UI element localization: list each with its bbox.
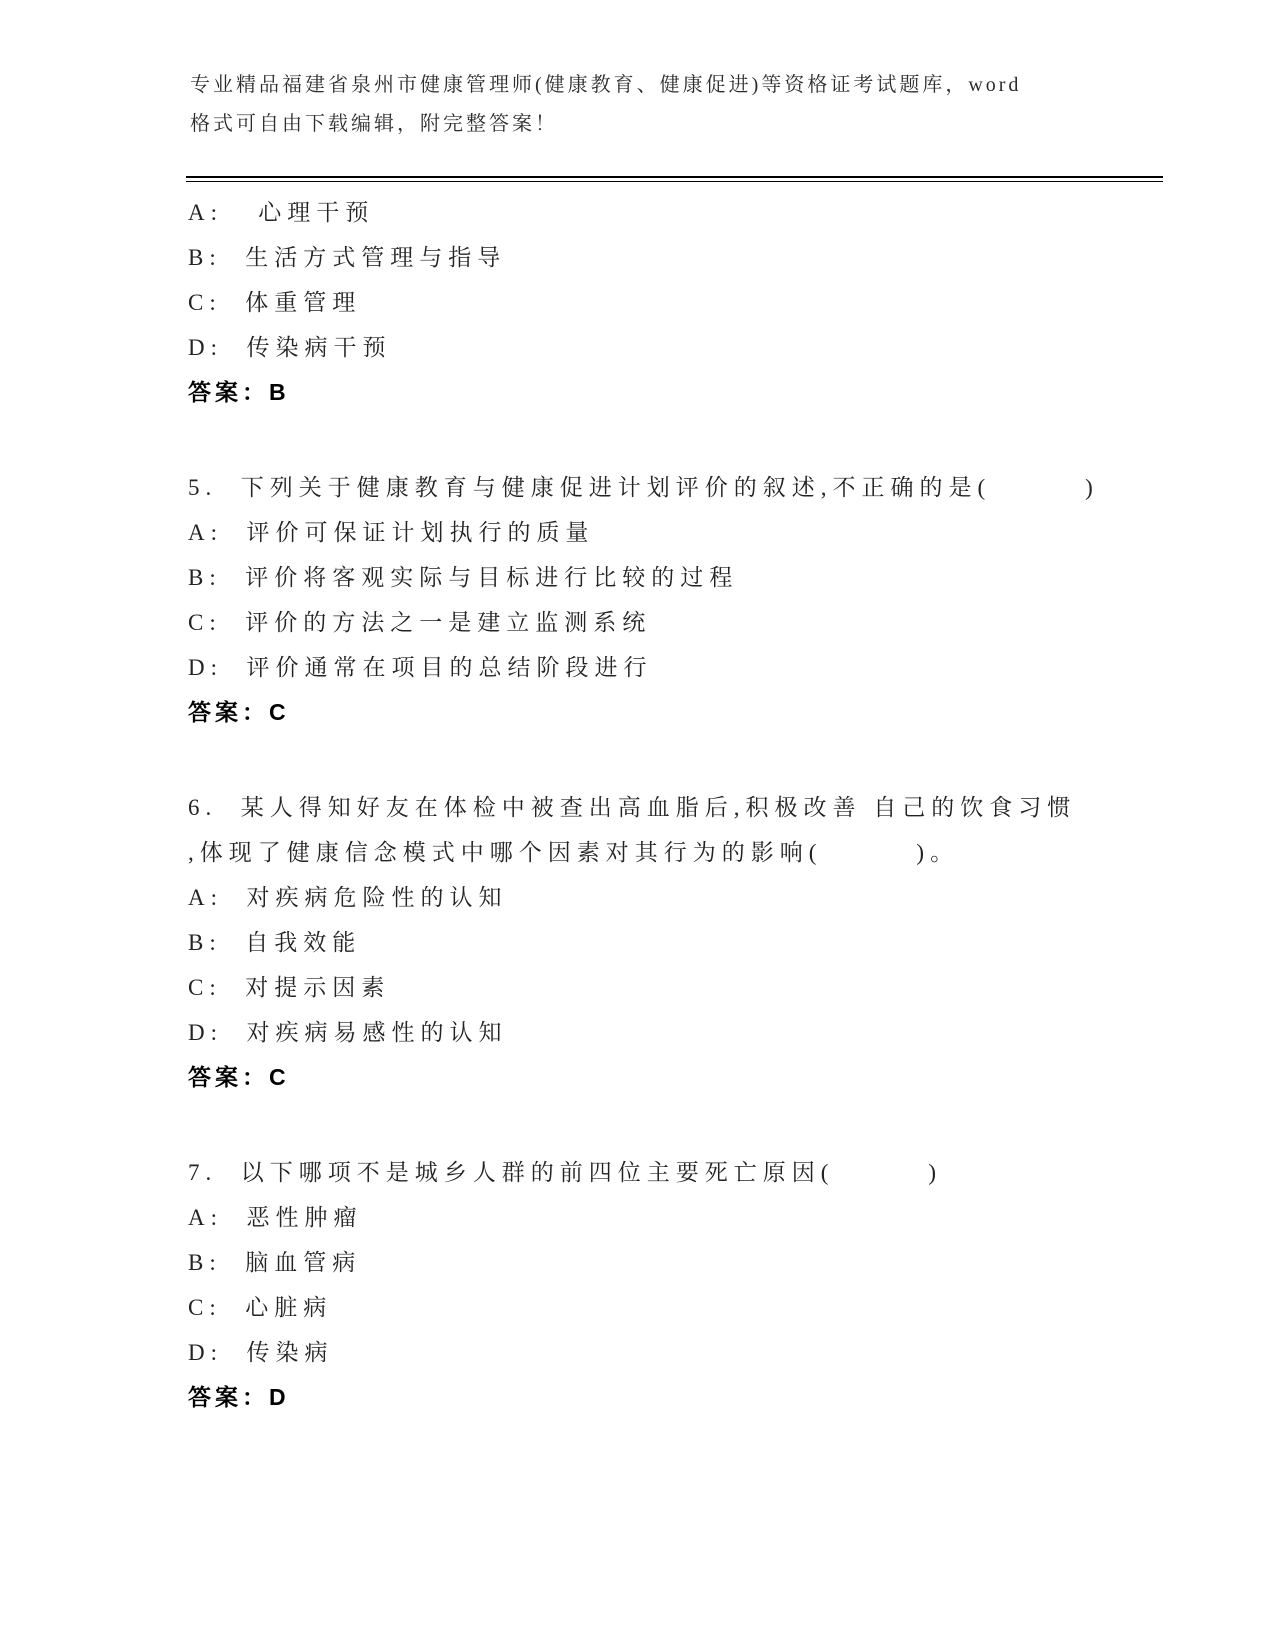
answer-line: 答案：C <box>188 690 1178 735</box>
header-divider <box>186 176 1163 182</box>
question-6-stem-line-1: 6. 某人得知好友在体检中被查出高血脂后,积极改善 自己的饮食习惯 <box>188 785 1178 830</box>
option-d: D: 评价通常在项目的总结阶段进行 <box>188 645 1178 690</box>
question-5-stem: 5. 下列关于健康教育与健康促进计划评价的叙述,不正确的是( ) <box>188 465 1178 510</box>
option-b: B: 生活方式管理与指导 <box>188 235 1178 280</box>
question-6: 6. 某人得知好友在体检中被查出高血脂后,积极改善 自己的饮食习惯 ,体现了健康… <box>188 785 1178 1100</box>
answer-line: 答案：D <box>188 1375 1178 1420</box>
option-a: A: 恶性肿瘤 <box>188 1195 1178 1240</box>
option-d: D: 对疾病易感性的认知 <box>188 1010 1178 1055</box>
answer-line: 答案：C <box>188 1055 1178 1100</box>
option-b: B: 自我效能 <box>188 920 1178 965</box>
option-c: C: 对提示因素 <box>188 965 1178 1010</box>
question-7-stem: 7. 以下哪项不是城乡人群的前四位主要死亡原因( ) <box>188 1150 1178 1195</box>
option-a: A: 评价可保证计划执行的质量 <box>188 510 1178 555</box>
option-a: A: 对疾病危险性的认知 <box>188 875 1178 920</box>
header-line-2: 格式可自由下载编辑，附完整答案！ <box>190 105 1170 144</box>
answer-line: 答案：B <box>188 370 1178 415</box>
option-b: B: 评价将客观实际与目标进行比较的过程 <box>188 555 1178 600</box>
option-d: D: 传染病 <box>188 1330 1178 1375</box>
carryover-options-block: A: 心理干预 B: 生活方式管理与指导 C: 体重管理 D: 传染病干预 答案… <box>188 190 1178 415</box>
header-line-1: 专业精品福建省泉州市健康管理师(健康教育、健康促进)等资格证考试题库，word <box>190 66 1170 105</box>
document-body: A: 心理干预 B: 生活方式管理与指导 C: 体重管理 D: 传染病干预 答案… <box>188 190 1178 1420</box>
option-c: C: 心脏病 <box>188 1285 1178 1330</box>
question-7: 7. 以下哪项不是城乡人群的前四位主要死亡原因( ) A: 恶性肿瘤 B: 脑血… <box>188 1150 1178 1420</box>
option-c: C: 体重管理 <box>188 280 1178 325</box>
doc-header: 专业精品福建省泉州市健康管理师(健康教育、健康促进)等资格证考试题库，word … <box>190 66 1170 144</box>
option-c: C: 评价的方法之一是建立监测系统 <box>188 600 1178 645</box>
option-b: B: 脑血管病 <box>188 1240 1178 1285</box>
question-5: 5. 下列关于健康教育与健康促进计划评价的叙述,不正确的是( ) A: 评价可保… <box>188 465 1178 735</box>
question-6-stem-line-2: ,体现了健康信念模式中哪个因素对其行为的影响( )。 <box>188 830 1178 875</box>
document-page: 专业精品福建省泉州市健康管理师(健康教育、健康促进)等资格证考试题库，word … <box>0 0 1275 1650</box>
option-d: D: 传染病干预 <box>188 325 1178 370</box>
option-a: A: 心理干预 <box>188 190 1178 235</box>
